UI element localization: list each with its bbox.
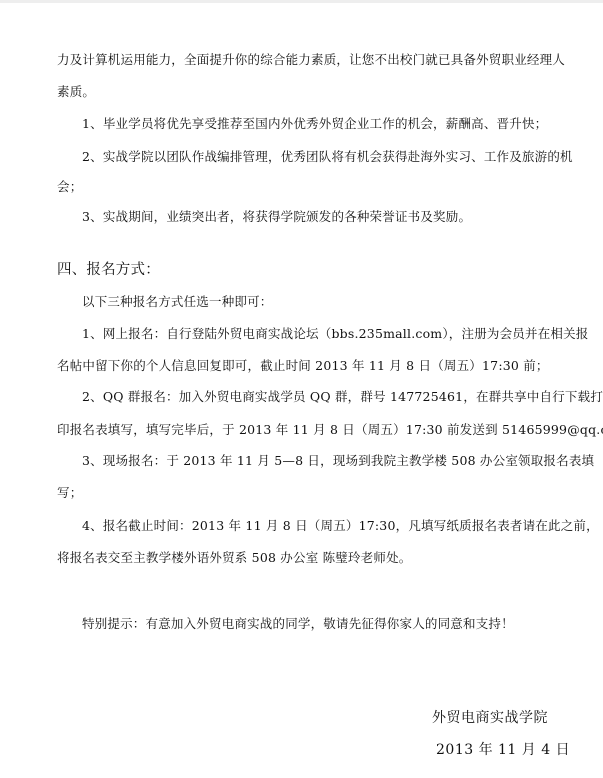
- benefit-item-3: 3、实战期间，业绩突出者，将获得学院颁发的各种荣誉证书及奖励。: [82, 209, 471, 225]
- registration-deadline-line-2: 将报名表交至主教学楼外语外贸系 508 办公室 陈璧玲老师处。: [57, 550, 411, 566]
- signature-organization: 外贸电商实战学院: [432, 709, 548, 727]
- document-page: 力及计算机运用能力，全面提升你的综合能力素质，让您不出校门就已具备外贸职业经理人…: [0, 0, 603, 778]
- registration-method-online-line-1: 1、网上报名：自行登陆外贸电商实战论坛（bbs.235mall.com），注册为…: [82, 326, 589, 342]
- registration-deadline-line-1: 4、报名截止时间：2013 年 11 月 8 日（周五）17:30，凡填写纸质报…: [82, 518, 599, 534]
- benefit-item-1: 1、毕业学员将优先享受推荐至国内外优秀外贸企业工作的机会，薪酬高、晋升快；: [82, 116, 547, 132]
- benefit-item-2-line-1: 2、实战学院以团队作战编排管理，优秀团队将有机会获得赴海外实习、工作及旅游的机: [82, 149, 573, 165]
- special-note: 特别提示：有意加入外贸电商实战的同学，敬请先征得你家人的同意和支持！: [82, 616, 514, 632]
- registration-intro: 以下三种报名方式任选一种即可：: [82, 294, 273, 310]
- registration-method-online-line-2: 名帖中留下你的个人信息回复即可，截止时间 2013 年 11 月 8 日（周五）…: [57, 358, 549, 374]
- registration-method-onsite-line-1: 3、现场报名：于 2013 年 11 月 5—8 日，现场到我院主教学楼 508…: [82, 453, 594, 469]
- registration-method-qq-line-1: 2、QQ 群报名：加入外贸电商实战学员 QQ 群，群号 147725461，在群…: [82, 389, 603, 405]
- registration-method-onsite-line-2: 写；: [57, 485, 82, 501]
- benefit-item-2-line-2: 会；: [57, 179, 82, 195]
- signature-date: 2013 年 11 月 4 日: [436, 741, 570, 759]
- intro-paragraph-line-2: 素质。: [57, 84, 95, 100]
- registration-method-qq-line-2: 印报名表填写，填写完毕后，于 2013 年 11 月 8 日（周五）17:30 …: [57, 422, 603, 438]
- section-heading-registration: 四、报名方式：: [57, 261, 160, 279]
- intro-paragraph-line-1: 力及计算机运用能力，全面提升你的综合能力素质，让您不出校门就已具备外贸职业经理人: [57, 52, 565, 68]
